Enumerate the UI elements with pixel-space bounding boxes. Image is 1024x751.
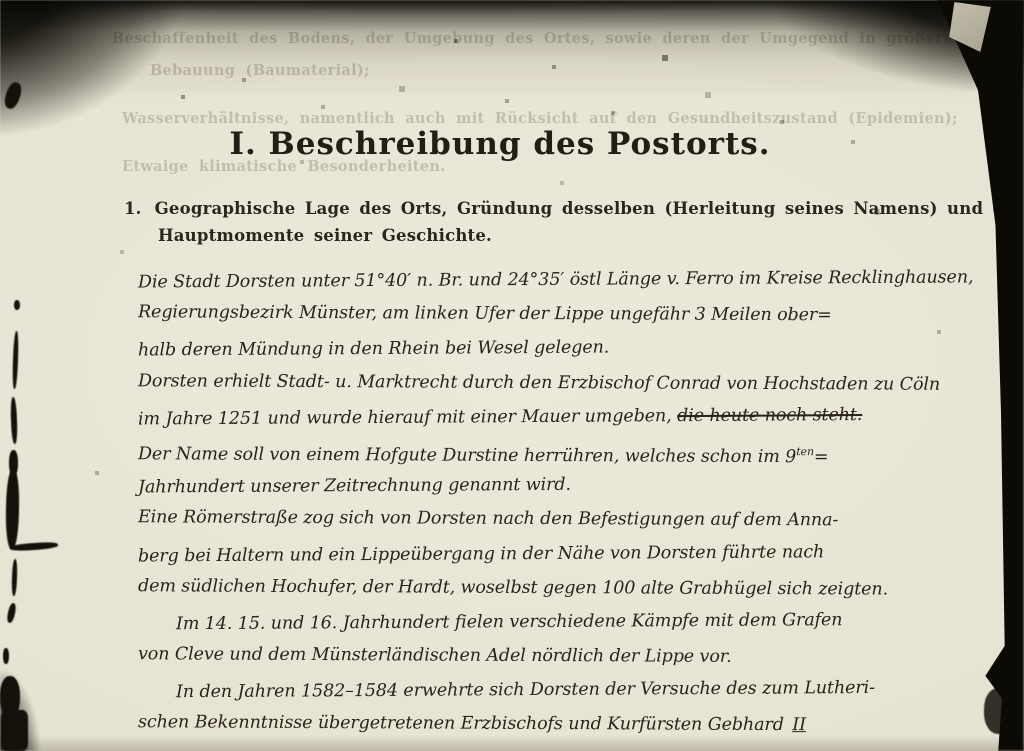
ink-blot bbox=[11, 559, 17, 596]
bleed-through-line: Bebauung (Baumaterial); bbox=[150, 62, 370, 79]
manuscript-line: Die Stadt Dorsten unter 51°40′ n. Br. un… bbox=[138, 261, 938, 300]
manuscript-line: halb deren Mündung in den Rhein bei Wese… bbox=[138, 329, 938, 368]
manuscript-text: Regierungsbezirk Münster, am linken Ufer… bbox=[138, 302, 832, 325]
ink-blot bbox=[9, 450, 18, 476]
ink-blot bbox=[5, 469, 19, 549]
scan-noise-speckles bbox=[0, 0, 2, 2]
scanned-document-page: { "doc": { "title": "I. Beschreibung des… bbox=[0, 0, 1024, 751]
manuscript-line: dem südlichen Hochufer, der Hardt, wosel… bbox=[138, 569, 938, 607]
manuscript-line: In den Jahren 1582–1584 erwehrte sich Do… bbox=[138, 671, 938, 710]
manuscript-text: Im 14. 15. und 16. Jahrhundert fielen ve… bbox=[176, 610, 843, 634]
manuscript-text: im Jahre 1251 und wurde hierauf mit eine… bbox=[138, 406, 677, 429]
roman-numeral: II bbox=[789, 716, 806, 736]
manuscript-text: berg bei Haltern und ein Lippeübergang i… bbox=[138, 542, 824, 566]
manuscript-body: Die Stadt Dorsten unter 51°40′ n. Br. un… bbox=[138, 263, 938, 742]
manuscript-line: Jahrhundert unserer Zeitrechnung genannt… bbox=[138, 466, 938, 505]
manuscript-text: von Cleve und dem Münsterländischen Adel… bbox=[138, 644, 732, 667]
manuscript-line: Der Name soll von einem Hofgute Durstine… bbox=[138, 432, 938, 470]
manuscript-line: Regierungsbezirk Münster, am linken Ufer… bbox=[138, 295, 938, 333]
ink-blot bbox=[0, 676, 20, 718]
ink-blot bbox=[10, 397, 18, 444]
manuscript-text: Dorsten erhielt Stadt- u. Marktrecht dur… bbox=[138, 371, 940, 394]
ink-blot bbox=[3, 648, 9, 664]
manuscript-text: Der Name soll von einem Hofgute Durstine… bbox=[138, 444, 796, 467]
superscript-text: ten bbox=[796, 445, 814, 458]
manuscript-text: Die Stadt Dorsten unter 51°40′ n. Br. un… bbox=[138, 267, 974, 292]
section-heading: 1. Geographische Lage des Orts, Gründung… bbox=[124, 199, 924, 245]
ink-blot bbox=[2, 80, 24, 110]
ink-blot bbox=[10, 541, 58, 551]
manuscript-line: schen Bekenntnisse übergetretenen Erzbis… bbox=[138, 706, 938, 744]
struck-out-text: die heute noch steht. bbox=[677, 405, 862, 426]
manuscript-text: Eine Römerstraße zog sich von Dorsten na… bbox=[138, 508, 838, 531]
ink-blot bbox=[984, 688, 1014, 734]
bleed-through-line: Wasserverhältnisse, namentlich auch mit … bbox=[122, 110, 958, 127]
manuscript-line: Im 14. 15. und 16. Jahrhundert fielen ve… bbox=[138, 602, 938, 641]
manuscript-line: berg bei Haltern und ein Lippeübergang i… bbox=[138, 534, 938, 573]
ink-blot bbox=[1, 710, 28, 751]
manuscript-text: Jahrhundert unserer Zeitrechnung genannt… bbox=[138, 475, 571, 498]
manuscript-text: dem südlichen Hochufer, der Hardt, wosel… bbox=[138, 576, 888, 599]
ink-blot bbox=[12, 331, 19, 389]
scan-artifact-bottom-left bbox=[0, 601, 60, 751]
manuscript-line: im Jahre 1251 und wurde hierauf mit eine… bbox=[138, 397, 938, 436]
manuscript-line: Dorsten erhielt Stadt- u. Marktrecht dur… bbox=[138, 364, 938, 402]
hyphenation-mark: = bbox=[814, 447, 828, 467]
manuscript-line: von Cleve und dem Münsterländischen Adel… bbox=[138, 637, 938, 675]
manuscript-text: schen Bekenntnisse übergetretenen Erzbis… bbox=[138, 713, 789, 736]
manuscript-text: halb deren Mündung in den Rhein bei Wese… bbox=[138, 338, 609, 361]
manuscript-text: In den Jahren 1582–1584 erwehrte sich Do… bbox=[176, 678, 875, 702]
ink-blot bbox=[14, 300, 20, 310]
section-heading-line2: Hauptmomente seiner Geschichte. bbox=[158, 226, 924, 245]
page-title: I. Beschreibung des Postorts. bbox=[0, 126, 1000, 162]
bleed-through-line: Beschaffenheit des Bodens, der Umgebung … bbox=[112, 30, 961, 47]
section-heading-line1: Geographische Lage des Orts, Gründung de… bbox=[155, 199, 1022, 218]
manuscript-line: Eine Römerstraße zog sich von Dorsten na… bbox=[138, 501, 938, 539]
ink-blot bbox=[6, 602, 17, 623]
section-number: 1. bbox=[124, 199, 142, 218]
